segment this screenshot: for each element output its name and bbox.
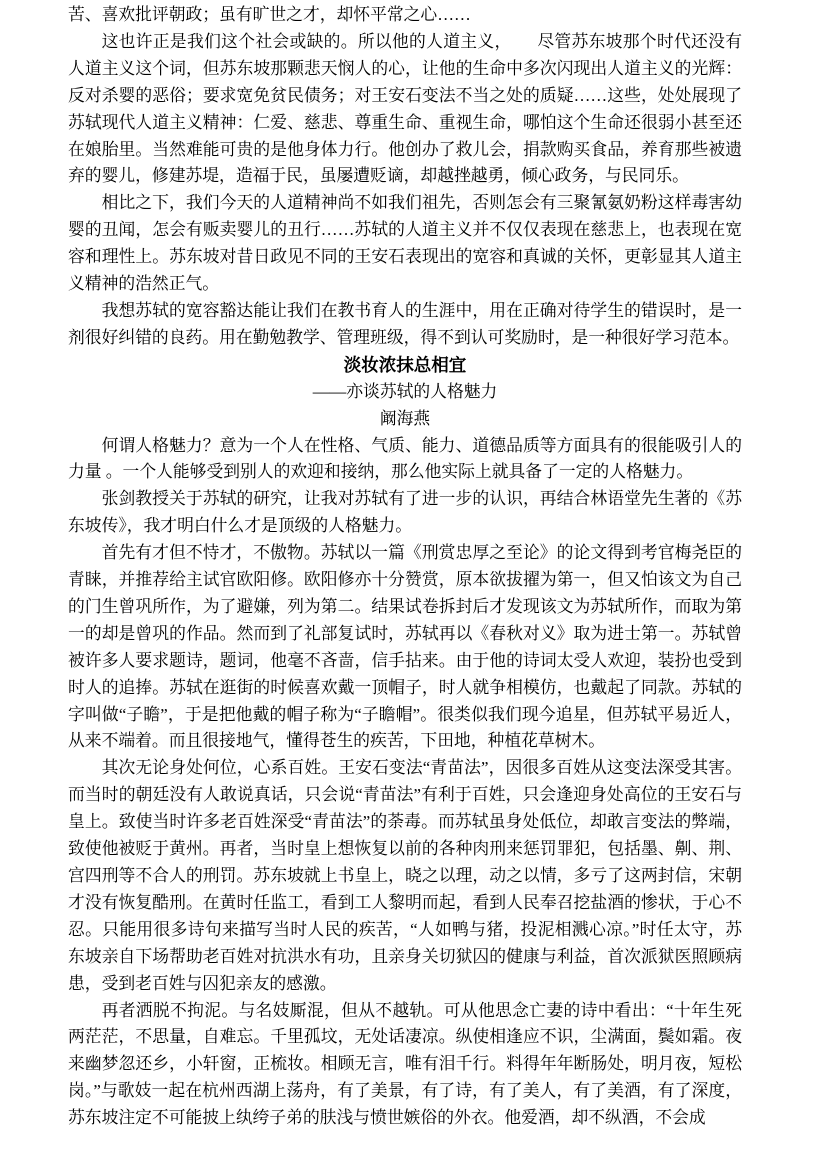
paragraph-free-spirit: 再者洒脱不拘泥。与名妓厮混，但从不越轨。可从他思念亡妻的诗中看出：“十年生死两茫… (68, 998, 742, 1133)
paragraph-charisma-definition: 何谓人格魅力？意为一个人在性格、气质、能力、道德品质等方面具有的很能吸引人的力量… (68, 433, 742, 487)
text-block: 苦、喜欢批评朝政；虽有旷世之才，却怀平常之心…… 这也许正是我们这个社会或缺的。… (68, 2, 742, 1132)
paragraph-comparison: 相比之下，我们今天的人道精神尚不如我们祖先，否则怎会有三聚氰氨奶粉这样毒害幼婴的… (68, 190, 742, 298)
paragraph-care-for-people: 其次无论身处何位，心系百姓。王安石变法“青苗法”，因很多百姓从这变法深受其害。而… (68, 755, 742, 997)
document-page: 苦、喜欢批评朝政；虽有旷世之才，却怀平常之心…… 这也许正是我们这个社会或缺的。… (0, 0, 827, 1170)
essay-title: 淡妆浓抹总相宜 (68, 352, 742, 379)
essay-author: 阚海燕 (68, 406, 742, 433)
paragraph-talent: 首先有才但不恃才，不傲物。苏轼以一篇《刑赏忠厚之至论》的论文得到考官梅尧臣的青睐… (68, 540, 742, 755)
paragraph-teaching-reflection: 我想苏轼的宽容豁达能让我们在教书育人的生涯中，用在正确对待学生的错误时，是一剂很… (68, 298, 742, 352)
essay-subtitle: ——亦谈苏轼的人格魅力 (68, 379, 742, 406)
paragraph-humanism: 这也许正是我们这个社会或缺的。所以他的人道主义， 尽管苏东坡那个时代还没有人道主… (68, 29, 742, 190)
paragraph-research-intro: 张剑教授关于苏轼的研究，让我对苏轼有了进一步的认识，再结合林语堂先生著的《苏东坡… (68, 486, 742, 540)
paragraph-continuation: 苦、喜欢批评朝政；虽有旷世之才，却怀平常之心…… (68, 2, 742, 29)
